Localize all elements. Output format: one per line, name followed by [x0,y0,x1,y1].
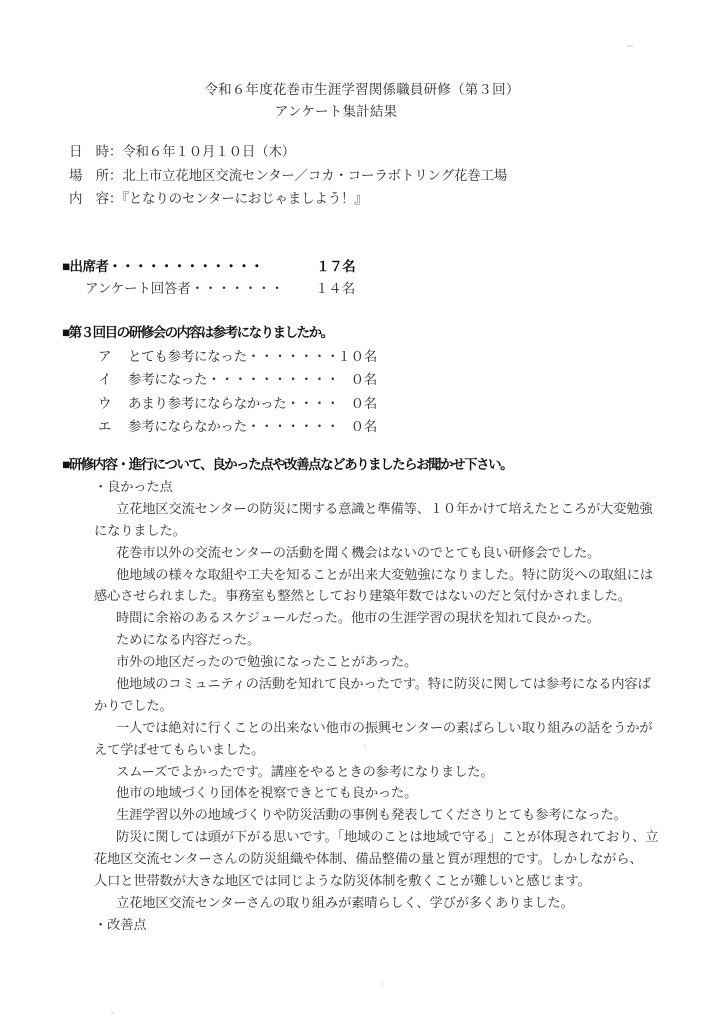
title-block: 令和６年度花巻市生涯学習関係職員研修（第３回） アンケート集計結果 [0,79,724,123]
option-count: ０名 [267,368,377,391]
feedback-line: ・良かった点 [62,476,712,498]
feedback-heading: ■研修内容・進行について、良かった点や改善点などありましたらお聞かせ下さい。 [62,453,512,473]
question-option-row: イ参考になった・・・・・・・・・・ ０名 [62,368,458,391]
attendance-section: ■出席者・・・・・・・・・・・・ １７名 アンケート回答者・・・・・・・ １４名 [62,256,392,300]
info-line-datetime: 日 時：令和６年１０月１０日（木） [69,140,507,164]
feedback-line: ・改善点 [62,914,712,936]
scan-speck [627,45,633,47]
scan-speck [111,1012,114,1014]
attendance-count: １７名 [245,256,355,278]
feedback-line: 他市の地域づくり団体を視察できとても良かった。 [62,782,712,804]
question-heading: ■第３回目の研修会の内容は参考になりましたか。 [62,321,333,341]
feedback-line: 花地区交流センターさんの防災組織や体制、備品整備の量と質が理想的です。しかしなが… [62,848,712,870]
option-letter: ア [98,345,128,368]
feedback-line: スムーズでよかったです。講座をやるときの参考になりました。 [62,761,712,783]
attendance-row: アンケート回答者・・・・・・・ １４名 [62,278,392,300]
feedback-line: 立花地区交流センターさんの取り組みが素晴らしく、学びが多くありました。 [62,892,712,914]
info-line-place: 場 所：北上市立花地区交流センター／コカ・コーラボトリング花巻工場 [69,164,507,188]
question-option-row: ウあまり参考にならなかった・・・・ ０名 [62,392,458,415]
feedback-line: 立花地区交流センターの防災に関する意識と準備等、１０年かけて培えたところが大変勉… [62,498,712,520]
feedback-line: えて学ばせてもらいました。 [62,739,712,761]
attendance-label: ■出席者・・・・・・・・・・・・ [62,259,263,274]
option-letter: エ [98,415,128,438]
doc-title: 令和６年度花巻市生涯学習関係職員研修（第３回） [0,79,724,101]
feedback-lines: ・良かった点 立花地区交流センターの防災に関する意識と準備等、１０年かけて培えた… [62,476,712,936]
option-count: ０名 [267,392,377,415]
scan-speck [382,983,384,985]
feedback-line: かりでした。 [62,695,712,717]
doc-subtitle: アンケート集計結果 [0,101,698,123]
feedback-line: 防災に関しては頭が下がる思いです。「地域のことは地域で守る」ことが体現されており… [62,826,712,848]
option-count: ０名 [267,415,377,438]
option-letter: イ [98,368,128,391]
feedback-line: 感心させられました。事務室も整然としており建築年数ではないのだと気付かされました… [62,585,712,607]
option-count: １０名 [267,345,377,368]
question-option-row: アとても参考になった・・・・・・・ １０名 [62,345,458,368]
feedback-line: 他地域のコミュニティの活動を知れて良かったです。特に防災に関しては参考になる内容… [62,673,712,695]
option-letter: ウ [98,392,128,415]
feedback-line: 人口と世帯数が大きな地区では同じような防災体制を敷くことが難しいと感じます。 [62,870,712,892]
scanned-document-page: 令和６年度花巻市生涯学習関係職員研修（第３回） アンケート集計結果 日 時：令和… [0,0,724,1024]
question-option-row: エ参考にならなかった・・・・・・・ ０名 [62,415,458,438]
feedback-line: 他地域の様々な取組や工夫を知ることが出来大変勉強になりました。特に防災への取組に… [62,564,712,586]
question-options: アとても参考になった・・・・・・・ １０名 イ参考になった・・・・・・・・・・ … [62,345,458,438]
feedback-line: 時間に余裕のあるスケジュールだった。他市の生涯学習の現状を知れて良かった。 [62,607,712,629]
scan-speck [364,745,366,747]
event-info-block: 日 時：令和６年１０月１０日（木） 場 所：北上市立花地区交流センター／コカ・コ… [69,140,507,211]
feedback-line: ためになる内容だった。 [62,629,712,651]
info-line-content: 内 容：『となりのセンターにおじゃましよう！』 [69,187,507,211]
attendance-row: ■出席者・・・・・・・・・・・・ １７名 [62,256,392,278]
feedback-line: 市外の地区だったので勉強になったことがあった。 [62,651,712,673]
feedback-line: になりました。 [62,520,712,542]
feedback-line: 花巻市以外の交流センターの活動を聞く機会はないのでとても良い研修会でした。 [62,542,712,564]
feedback-line: 生涯学習以外の地域づくりや防災活動の事例も発表してくださりとても参考になった。 [62,804,712,826]
feedback-line: 一人では絶対に行くことの出来ない他市の振興センターの素ばらしい取り組みの話をうか… [62,717,712,739]
attendance-count: １４名 [245,278,355,300]
